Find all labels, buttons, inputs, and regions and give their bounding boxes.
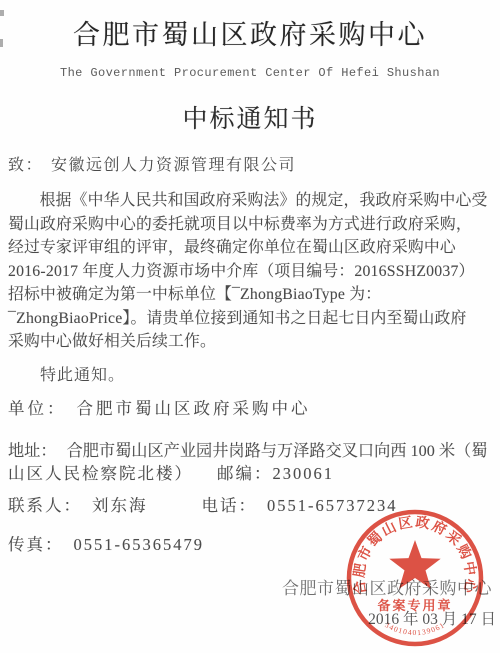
contact-line: 联系人：刘东海电话：0551-65737234 bbox=[8, 492, 494, 516]
fax-line: 传真：0551-65365479 bbox=[8, 531, 494, 555]
phone-label: 电话： bbox=[202, 496, 258, 515]
closing-line: 特此通知。 bbox=[8, 362, 125, 385]
signature-org: 合肥市蜀山区政府采购中心 bbox=[282, 574, 492, 599]
contact-label: 联系人： bbox=[8, 496, 82, 515]
address-line-2: 山区人民检察院北楼）邮编：230061 bbox=[8, 460, 494, 484]
unit-label: 单位： bbox=[8, 399, 67, 418]
org-title-en: The Government Procurement Center Of Hef… bbox=[0, 66, 500, 80]
address-line-1: 地址：合肥市蜀山区产业园井岗路与万泽路交叉口向西 100 米（蜀 bbox=[8, 437, 494, 461]
contact-name: 刘东海 bbox=[92, 496, 148, 515]
body-line: 2016-2017 年度人力资源市场中介库（项目编号：2016SSHZ0037） bbox=[8, 260, 494, 284]
body-line: 经过专家评审组的评审，最终确定你单位在蜀山区政府采购中心 bbox=[8, 236, 494, 260]
postal-code: 230061 bbox=[273, 464, 335, 483]
body-line: 根据《中华人民共和国政府采购法》的规定，我政府采购中心受 bbox=[8, 189, 494, 213]
body-line: ¯ZhongBiaoPrice】。请贵单位接到通知书之日起七日内至蜀山政府 bbox=[8, 307, 494, 331]
body-line: 采购中心做好相关后续工作。 bbox=[8, 330, 494, 354]
body-line: 蜀山政府采购中心的委托就项目以中标费率为方式进行政府采购， bbox=[8, 213, 494, 237]
body-line: 招标中被确定为第一中标单位【¯ZhongBiaoType 为： bbox=[8, 283, 494, 307]
fax-label: 传真： bbox=[8, 535, 64, 554]
postal-label: 邮编： bbox=[217, 464, 273, 483]
unit-line: 单位：合肥市蜀山区政府采购中心 bbox=[8, 395, 494, 419]
award-notice-document: 合肥市蜀山区政府采购中心 The Government Procurement … bbox=[0, 0, 500, 653]
unit-value: 合肥市蜀山区政府采购中心 bbox=[77, 399, 311, 418]
body-paragraph: 根据《中华人民共和国政府采购法》的规定，我政府采购中心受 蜀山政府采购中心的委托… bbox=[8, 189, 494, 354]
address-value-1: 合肥市蜀山区产业园井岗路与万泽路交叉口向西 100 米（蜀 bbox=[67, 442, 488, 460]
signature-date: 2016 年 03 月 17 日 bbox=[368, 607, 496, 629]
phone-number: 0551-65737234 bbox=[267, 496, 398, 515]
address-label: 地址： bbox=[8, 442, 57, 460]
addressee-label: 致： bbox=[8, 157, 43, 174]
address-value-2: 山区人民检察院北楼） bbox=[8, 464, 193, 483]
notice-title: 中标通知书 bbox=[0, 99, 500, 135]
addressee-company: 安徽远创人力资源管理有限公司 bbox=[51, 157, 296, 174]
addressee-line: 致：安徽远创人力资源管理有限公司 bbox=[8, 152, 296, 175]
org-title-cn: 合肥市蜀山区政府采购中心 bbox=[0, 13, 500, 52]
fax-number: 0551-65365479 bbox=[74, 535, 205, 554]
